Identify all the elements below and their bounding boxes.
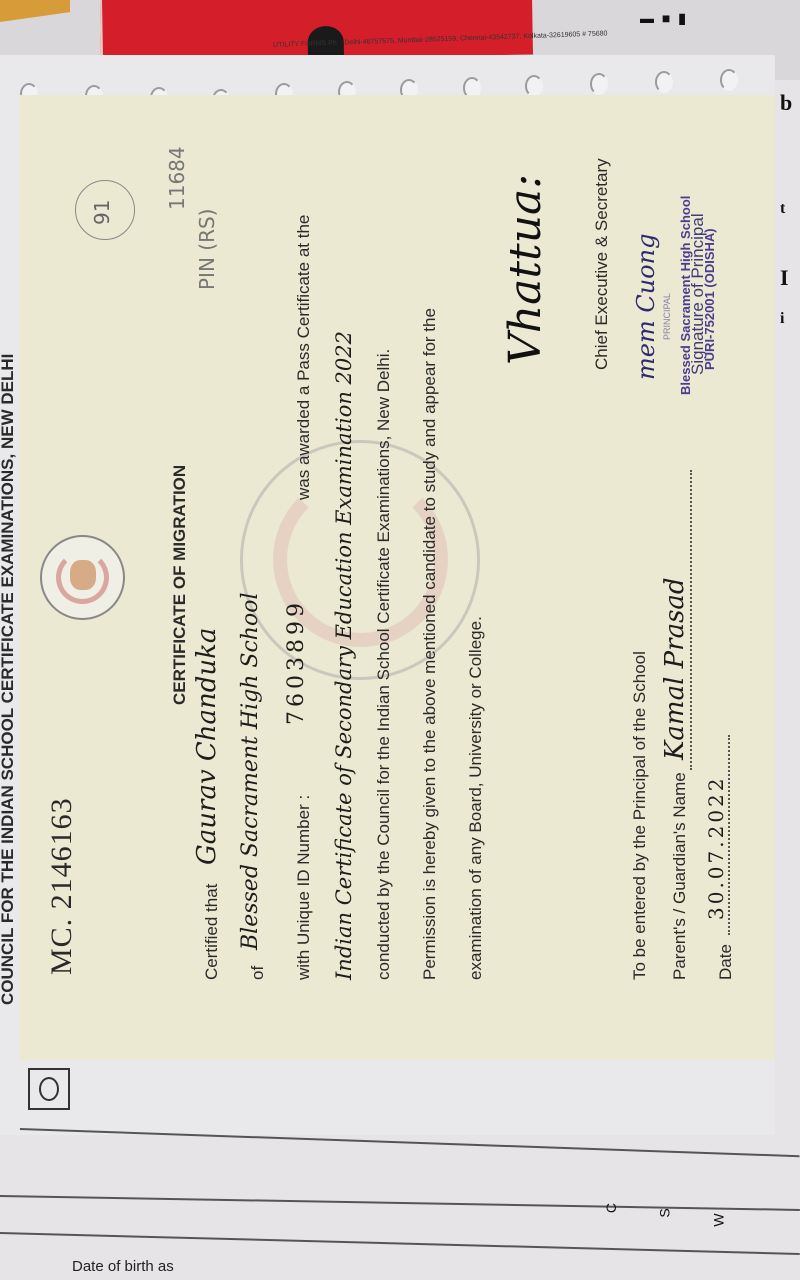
pencil-note-pin: PIN (RS) — [195, 209, 219, 290]
form-rule — [0, 1232, 800, 1255]
right-edge-fragment: I — [780, 265, 789, 291]
awarded-text: was awarded a Pass Certificate at the — [294, 215, 314, 500]
candidate-name: Gaurav Chanduka — [192, 628, 222, 865]
principal-signature: mem Cuong — [632, 234, 660, 380]
issuer-header: COUNCIL FOR THE INDIAN SCHOOL CERTIFICAT… — [0, 354, 18, 1005]
red-folder — [100, 0, 533, 62]
guardian-name-value: Kamal Prasad — [660, 470, 692, 770]
form-checkbox — [28, 1068, 70, 1110]
chief-executive-title: Chief Executive & Secretary — [592, 158, 612, 370]
uid-value: 7603899 — [284, 599, 309, 725]
side-fragment: S — [657, 1208, 673, 1217]
stamp-address: PURI-752001 (ODISHA) — [704, 228, 716, 370]
guardian-label: Parent's / Guardian's Name — [670, 772, 690, 980]
of-label: of — [248, 966, 268, 980]
right-edge-fragment: b — [780, 90, 792, 116]
watermark-seal — [240, 440, 480, 680]
hole-icon — [525, 75, 543, 97]
right-edge-fragment: i — [780, 310, 784, 328]
side-fragment: W — [711, 1213, 727, 1226]
seal-emblem-icon — [70, 560, 96, 590]
date-of-birth-label: Date of birth as — [72, 1258, 174, 1275]
printed-marks: ▬ ■ ▮ — [640, 10, 688, 27]
date-label: Date — [716, 944, 736, 980]
chief-executive-signature: Vhattua: — [500, 174, 551, 365]
permission-text-1: Permission is hereby given to the above … — [420, 308, 440, 980]
school-name: Blessed Sacrament High School — [238, 593, 263, 950]
certified-label: Certified that — [202, 884, 222, 980]
principal-section-heading: To be entered by the Principal of the Sc… — [630, 651, 650, 980]
form-rule — [0, 1195, 800, 1211]
hole-icon — [655, 71, 673, 93]
date-field: 30.07.2022 — [704, 735, 730, 935]
circled-annotation: 91 — [75, 180, 135, 240]
conducted-text: conducted by the Council for the Indian … — [374, 349, 394, 980]
hole-icon — [590, 73, 608, 95]
uid-label: with Unique ID Number : — [294, 795, 314, 980]
side-fragment: C — [603, 1203, 619, 1213]
hole-icon — [720, 69, 738, 91]
stamp-principal: PRINCIPAL — [662, 293, 672, 340]
exam-name: Indian Certificate of Secondary Educatio… — [332, 331, 356, 980]
date-value: 30.07.2022 — [704, 735, 730, 935]
certificate-title: CERTIFICATE OF MIGRATION — [170, 465, 190, 705]
pencil-note-number: 11684 — [165, 146, 189, 210]
certificate-content: COUNCIL FOR THE INDIAN SCHOOL CERTIFICAT… — [20, 95, 775, 1060]
permission-text-2: examination of any Board, University or … — [466, 616, 486, 980]
council-seal-logo — [40, 535, 125, 620]
guardian-field: Kamal Prasad — [660, 460, 692, 770]
serial-number: MC. 2146163 — [45, 797, 79, 975]
right-edge-fragment: t — [780, 200, 785, 218]
